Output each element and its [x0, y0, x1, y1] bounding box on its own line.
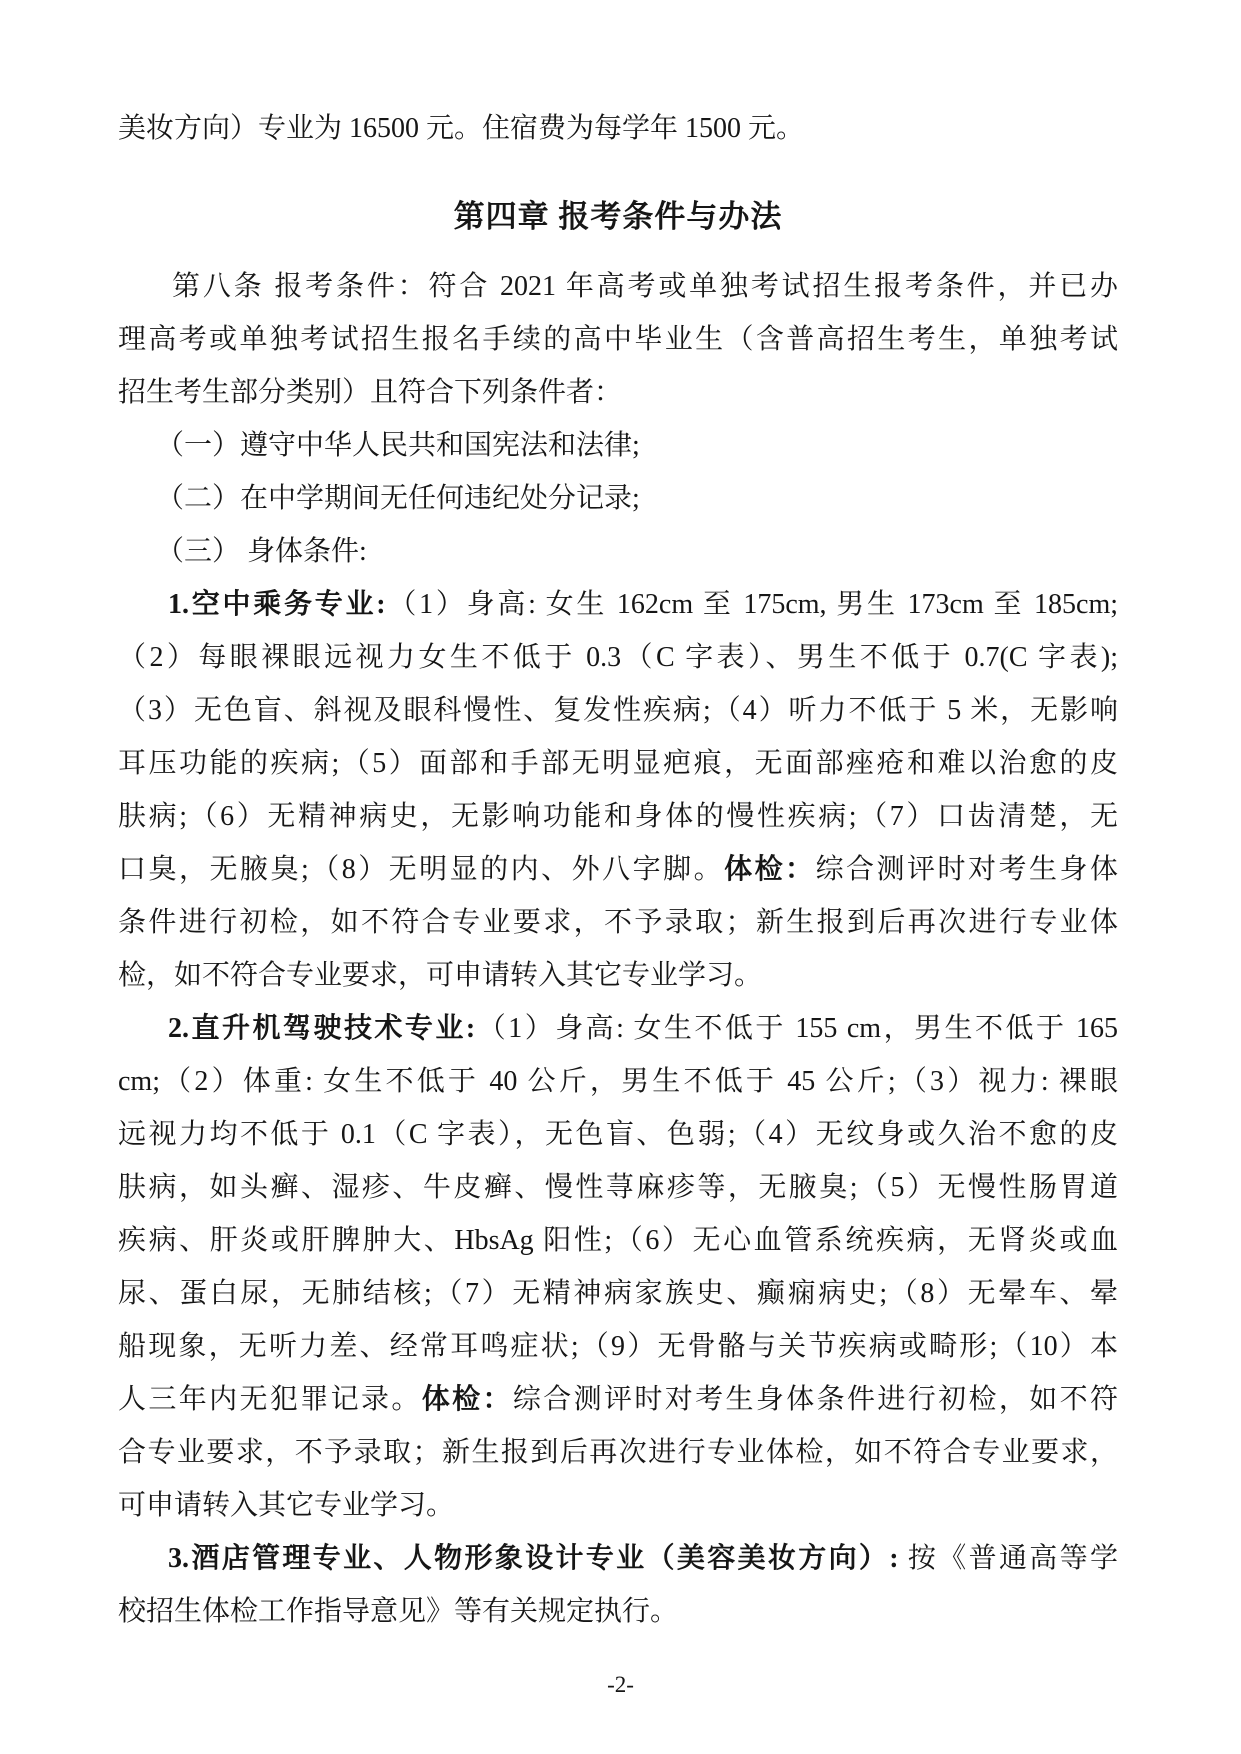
chapter-heading: 第四章 报考条件与办法	[118, 190, 1118, 243]
document-page: 美妆方向）专业为 16500 元。住宿费为每学年 1500 元。第四章 报考条件…	[0, 0, 1241, 1754]
text-line: 理高考或单独考试招生报名手续的高中毕业生（含普高招生考生，单独考试	[118, 313, 1118, 366]
text-line: （2）每眼裸眼远视力女生不低于 0.3（C 字表）、男生不低于 0.7(C 字表…	[118, 631, 1118, 684]
text-run: 疾病、肝炎或肝脾肿大、HbsAg 阳性;（6）无心血管系统疾病，无肾炎或血	[118, 1225, 1118, 1256]
text-line: 船现象，无听力差、经常耳鸣症状;（9）无骨骼与关节疾病或畸形;（10）本	[118, 1320, 1118, 1373]
text-run: 肤病;（6）无精神病史，无影响功能和身体的慢性疾病;（7）口齿清楚，无	[118, 801, 1118, 832]
text-run: 耳压功能的疾病;（5）面部和手部无明显疤痕，无面部痤疮和难以治愈的皮	[118, 748, 1118, 779]
text-line: 远视力均不低于 0.1（C 字表），无色盲、色弱;（4）无纹身或久治不愈的皮	[118, 1108, 1118, 1161]
text-run: 合专业要求，不予录取；新生报到后再次进行专业体检，如不符合专业要求，	[118, 1437, 1118, 1468]
text-run: 尿、蛋白尿，无肺结核;（7）无精神病家族史、癫痫病史;（8）无晕车、晕	[118, 1278, 1118, 1309]
text-line: 人三年内无犯罪记录。体检：综合测评时对考生身体条件进行初检，如不符	[118, 1373, 1118, 1426]
bold-run-in-label: 3.酒店管理专业、人物形象设计专业（美容美妆方向）:	[168, 1543, 899, 1574]
text-line: 口臭，无腋臭;（8）无明显的内、外八字脚。体检：综合测评时对考生身体	[118, 843, 1118, 896]
text-line: 检，如不符合专业要求，可申请转入其它专业学习。	[118, 949, 1118, 1002]
text-run: 远视力均不低于 0.1（C 字表），无色盲、色弱;（4）无纹身或久治不愈的皮	[118, 1119, 1118, 1150]
text-line: （三） 身体条件:	[118, 525, 1118, 578]
text-run: （1）身高: 女生不低于 155 cm，男生不低于 165	[475, 1013, 1118, 1044]
bold-run-in-label: 1.空中乘务专业:	[168, 589, 386, 620]
text-line: 校招生体检工作指导意见》等有关规定执行。	[118, 1585, 1118, 1638]
text-line: 肤病;（6）无精神病史，无影响功能和身体的慢性疾病;（7）口齿清楚，无	[118, 790, 1118, 843]
text-run: （3）无色盲、斜视及眼科慢性、复发性疾病;（4）听力不低于 5 米，无影响	[118, 695, 1118, 726]
text-line: （一）遵守中华人民共和国宪法和法律;	[118, 419, 1118, 472]
text-run: 综合测评时对考生身体条件进行初检，如不符	[513, 1384, 1118, 1415]
text-run: 可申请转入其它专业学习。	[118, 1490, 454, 1521]
text-run: 人三年内无犯罪记录。	[118, 1384, 422, 1415]
document-body: 美妆方向）专业为 16500 元。住宿费为每学年 1500 元。第四章 报考条件…	[118, 102, 1118, 1638]
text-run: 第八条 报考条件：符合 2021 年高考或单独考试招生报考条件，并已办	[172, 271, 1118, 302]
bold-run-in-label: 体检：	[422, 1384, 513, 1415]
bold-run-in-label: 2.直升机驾驶技术专业:	[168, 1013, 475, 1044]
text-run: cm;（2）体重: 女生不低于 40 公斤，男生不低于 45 公斤;（3）视力:…	[118, 1066, 1118, 1097]
text-run: 肤病，如头癣、湿疹、牛皮癣、慢性荨麻疹等，无腋臭;（5）无慢性肠胃道	[118, 1172, 1118, 1203]
text-line: 1.空中乘务专业:（1）身高: 女生 162cm 至 175cm, 男生 173…	[118, 578, 1118, 631]
text-line: 合专业要求，不予录取；新生报到后再次进行专业体检，如不符合专业要求，	[118, 1426, 1118, 1479]
text-run: 检，如不符合专业要求，可申请转入其它专业学习。	[118, 960, 762, 991]
text-run: 美妆方向）专业为 16500 元。住宿费为每学年 1500 元。	[118, 113, 804, 144]
page-number: -2-	[0, 1672, 1241, 1698]
text-run: 综合测评时对考生身体	[816, 854, 1118, 885]
text-line: （二）在中学期间无任何违纪处分记录;	[118, 472, 1118, 525]
text-line: 招生考生部分类别）且符合下列条件者：	[118, 366, 1118, 419]
text-run: （1）身高: 女生 162cm 至 175cm, 男生 173cm 至 185c…	[386, 589, 1118, 620]
text-line: 3.酒店管理专业、人物形象设计专业（美容美妆方向）: 按《普通高等学	[118, 1532, 1118, 1585]
text-run: （一）遵守中华人民共和国宪法和法律;	[156, 430, 640, 461]
text-run: （2）每眼裸眼远视力女生不低于 0.3（C 字表）、男生不低于 0.7(C 字表…	[118, 642, 1118, 673]
text-line: cm;（2）体重: 女生不低于 40 公斤，男生不低于 45 公斤;（3）视力:…	[118, 1055, 1118, 1108]
text-line: 可申请转入其它专业学习。	[118, 1479, 1118, 1532]
text-line: 第八条 报考条件：符合 2021 年高考或单独考试招生报考条件，并已办	[118, 260, 1118, 313]
text-line: 2.直升机驾驶技术专业:（1）身高: 女生不低于 155 cm，男生不低于 16…	[118, 1002, 1118, 1055]
text-run: 口臭，无腋臭;（8）无明显的内、外八字脚。	[118, 854, 724, 885]
text-line: 尿、蛋白尿，无肺结核;（7）无精神病家族史、癫痫病史;（8）无晕车、晕	[118, 1267, 1118, 1320]
text-run: 校招生体检工作指导意见》等有关规定执行。	[118, 1596, 678, 1627]
text-line: 耳压功能的疾病;（5）面部和手部无明显疤痕，无面部痤疮和难以治愈的皮	[118, 737, 1118, 790]
text-run: （二）在中学期间无任何违纪处分记录;	[156, 483, 640, 514]
text-line: 美妆方向）专业为 16500 元。住宿费为每学年 1500 元。	[118, 102, 1118, 155]
text-line: （3）无色盲、斜视及眼科慢性、复发性疾病;（4）听力不低于 5 米，无影响	[118, 684, 1118, 737]
bold-run-in-label: 第四章 报考条件与办法	[454, 199, 783, 234]
text-run: 招生考生部分类别）且符合下列条件者：	[118, 377, 622, 408]
bold-run-in-label: 体检：	[724, 854, 815, 885]
text-run: 条件进行初检，如不符合专业要求，不予录取；新生报到后再次进行专业体	[118, 907, 1118, 938]
text-line: 肤病，如头癣、湿疹、牛皮癣、慢性荨麻疹等，无腋臭;（5）无慢性肠胃道	[118, 1161, 1118, 1214]
text-run: 按《普通高等学	[899, 1543, 1118, 1574]
text-line: 疾病、肝炎或肝脾肿大、HbsAg 阳性;（6）无心血管系统疾病，无肾炎或血	[118, 1214, 1118, 1267]
text-run: （三） 身体条件:	[156, 536, 367, 567]
text-run: 船现象，无听力差、经常耳鸣症状;（9）无骨骼与关节疾病或畸形;（10）本	[118, 1331, 1118, 1362]
text-line: 条件进行初检，如不符合专业要求，不予录取；新生报到后再次进行专业体	[118, 896, 1118, 949]
text-run: 理高考或单独考试招生报名手续的高中毕业生（含普高招生考生，单独考试	[118, 324, 1118, 355]
